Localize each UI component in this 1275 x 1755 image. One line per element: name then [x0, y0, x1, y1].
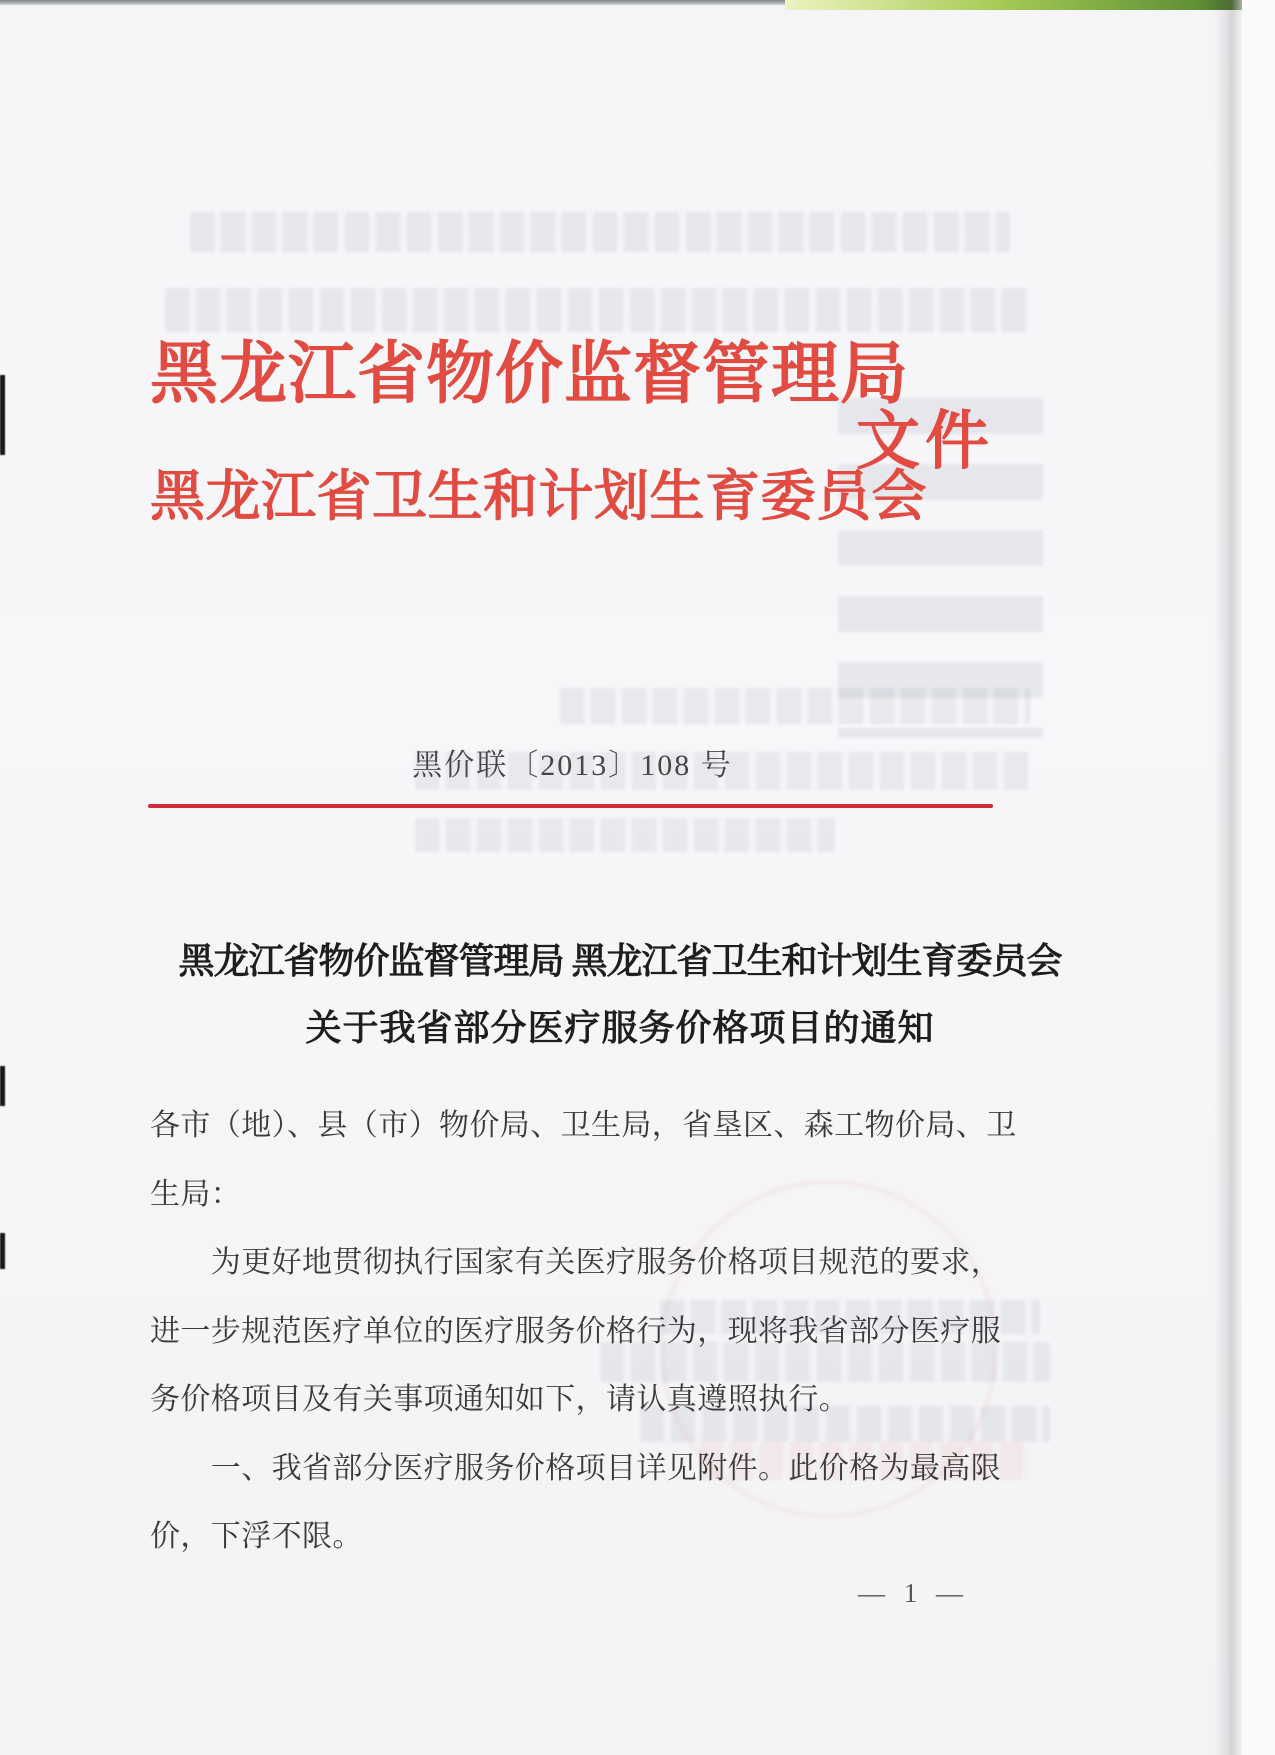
- document-number: 黑价联〔2013〕108 号: [150, 740, 995, 784]
- bleedthrough-artifact: [190, 212, 1010, 252]
- document-body: 各市（地）、县（市）物价局、卫生局，省垦区、森工物价局、卫 生局： 为更好地贯彻…: [150, 1092, 1050, 1572]
- page-number: — 1 —: [858, 1578, 969, 1609]
- document-title-line2: 关于我省部分医疗服务价格项目的通知: [120, 995, 1120, 1062]
- body-line: 一、我省部分医疗服务价格项目详见附件。此价格为最高限: [150, 1435, 1050, 1504]
- page-right-margin: [1242, 0, 1275, 1755]
- document-title-line1: 黑龙江省物价监督管理局 黑龙江省卫生和计划生育委员会: [120, 928, 1120, 995]
- red-separator-line: [148, 804, 993, 808]
- document-type-label: 文件: [856, 390, 994, 482]
- body-line: 为更好地贯彻执行国家有关医疗服务价格项目规范的要求，: [150, 1229, 1050, 1298]
- bleedthrough-artifact: [415, 818, 835, 852]
- page-fold-shadow: [1214, 0, 1244, 1755]
- scanner-edge-top-green: [785, 0, 1245, 10]
- bleedthrough-artifact: [560, 688, 1030, 724]
- issuing-agency-line1: 黑龙江省物价监督管理局: [150, 320, 909, 417]
- issuing-agency-line2: 黑龙江省卫生和计划生育委员会: [150, 452, 927, 531]
- document-page: 黑龙江省物价监督管理局 黑龙江省卫生和计划生育委员会 文件 黑价联〔2013〕1…: [0, 0, 1275, 1755]
- body-line: 进一步规范医疗单位的医疗服务价格行为，现将我省部分医疗服: [150, 1298, 1050, 1367]
- scan-left-edge-mark: [0, 1233, 5, 1269]
- body-line: 价，下浮不限。: [150, 1503, 1050, 1572]
- body-line: 务价格项目及有关事项通知如下，请认真遵照执行。: [150, 1366, 1050, 1435]
- scanner-edge-top-left: [0, 0, 785, 5]
- recipients-line: 生局：: [150, 1161, 1050, 1230]
- scan-left-edge-mark: [0, 375, 5, 455]
- recipients-line: 各市（地）、县（市）物价局、卫生局，省垦区、森工物价局、卫: [150, 1092, 1050, 1161]
- document-title: 黑龙江省物价监督管理局 黑龙江省卫生和计划生育委员会 关于我省部分医疗服务价格项…: [120, 928, 1120, 1062]
- scan-left-edge-mark: [0, 1066, 5, 1106]
